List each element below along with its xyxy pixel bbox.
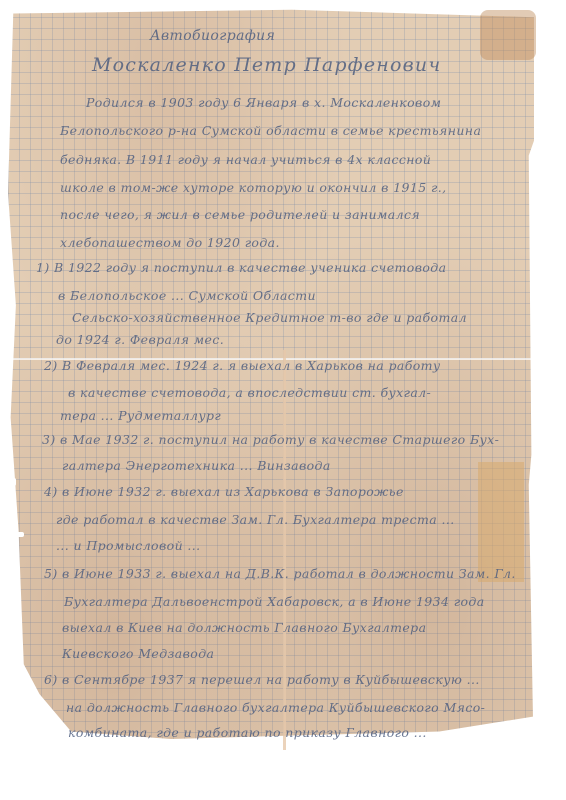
stain xyxy=(480,10,536,60)
document-title: Автобиография xyxy=(150,28,275,44)
text-line: галтера Энерготехника ... Винзавода xyxy=(62,458,331,473)
text-line: комбината, где и работаю по приказу Глав… xyxy=(68,725,427,740)
text-line: Киевского Медзавода xyxy=(62,646,214,661)
text-line: 5) в Июне 1933 г. выехал на Д.В.К. работ… xyxy=(44,566,516,581)
text-line: Сельско-хозяйственное Кредитное т-во где… xyxy=(72,310,467,325)
text-line: в качестве счетовода, а впоследствии ст.… xyxy=(68,385,431,400)
text-line: хлебопашеством до 1920 года. xyxy=(60,235,280,250)
tape-patch xyxy=(478,462,524,582)
text-line: ... и Промысловой ... xyxy=(56,538,201,553)
paper-tear xyxy=(8,478,16,486)
text-line: до 1924 г. Февраля мес. xyxy=(56,332,224,347)
text-line: 1) В 1922 году я поступил в качестве уче… xyxy=(36,260,446,275)
text-line: Белопольского р-на Сумской области в сем… xyxy=(60,123,481,138)
text-line: в Белопольское ... Сумской Области xyxy=(58,288,316,303)
paper-tear xyxy=(10,532,24,537)
text-line: 4) в Июне 1932 г. выехал из Харькова в З… xyxy=(44,484,404,499)
text-line: на должность Главного бухгалтера Куйбыше… xyxy=(66,700,485,715)
paper-sheet xyxy=(8,6,534,754)
text-line: после чего, я жил в семье родителей и за… xyxy=(60,207,420,222)
text-line: где работал в качестве Зам. Гл. Бухгалте… xyxy=(56,512,455,527)
text-line: 2) В Февраля мес. 1924 г. я выехал в Хар… xyxy=(44,358,441,373)
text-line: школе в том-же хуторе которую и окончил … xyxy=(60,180,446,195)
author-name: Москаленко Петр Парфенович xyxy=(92,54,441,76)
text-line: бедняка. В 1911 году я начал учиться в 4… xyxy=(60,152,431,167)
text-line: Бухгалтера Дальвоенстрой Хабаровск, а в … xyxy=(64,594,485,609)
text-line: Родился в 1903 году 6 Января в х. Москал… xyxy=(86,95,441,110)
text-line: 6) в Сентябре 1937 я перешел на работу в… xyxy=(44,672,480,687)
fold-crease-vertical xyxy=(283,350,286,750)
text-line: 3) в Мае 1932 г. поступил на работу в ка… xyxy=(42,432,499,447)
text-line: тера ... Рудметаллург xyxy=(60,408,221,423)
text-line: выехал в Киев на должность Главного Бухг… xyxy=(62,620,426,635)
